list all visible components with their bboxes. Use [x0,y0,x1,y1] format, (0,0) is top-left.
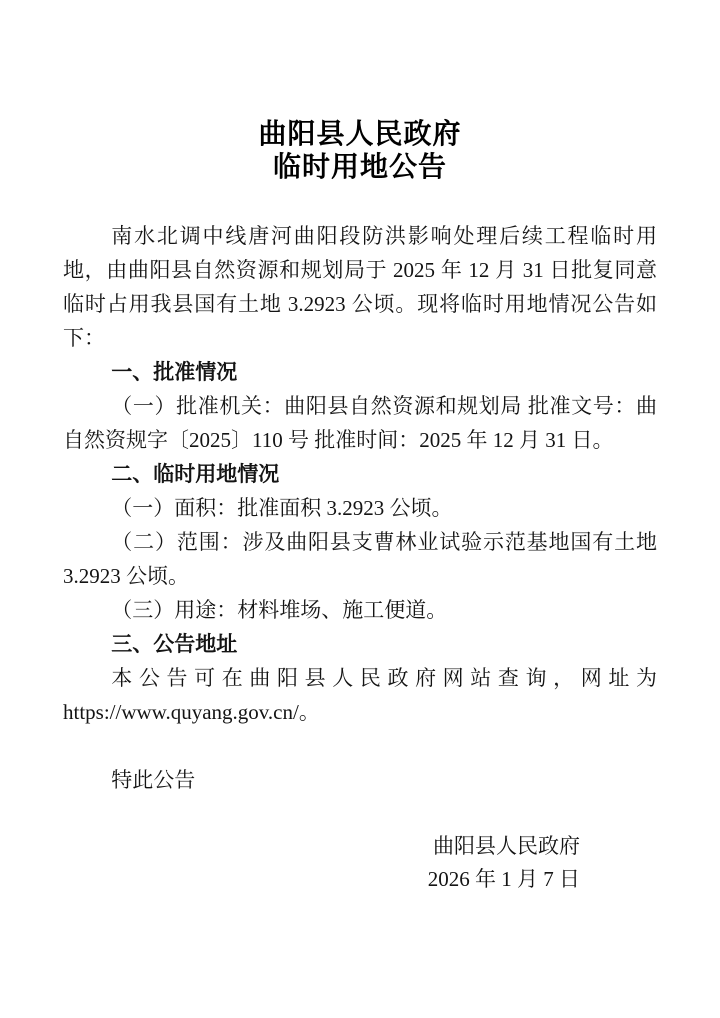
document-title: 曲阳县人民政府 临时用地公告 [63,117,657,183]
intro-paragraph: 南水北调中线唐河曲阳段防洪影响处理后续工程临时用地，由曲阳县自然资源和规划局于 … [63,219,657,355]
title-line-1: 曲阳县人民政府 [63,117,657,150]
section-2-item-usage: （三）用途：材料堆场、施工便道。 [63,593,657,627]
section-3-item-website: 本公告可在曲阳县人民政府网站查询，网址为 https://www.quyang.… [63,661,657,729]
signature-issuer: 曲阳县人民政府 [63,830,580,863]
section-2-item-scope: （二）范围：涉及曲阳县支曹林业试验示范基地国有土地 3.2923 公顷。 [63,525,657,593]
signature-date: 2026 年 1 月 7 日 [63,863,580,896]
document-body: 南水北调中线唐河曲阳段防洪影响处理后续工程临时用地，由曲阳县自然资源和规划局于 … [63,219,657,896]
section-1-item-approval: （一）批准机关：曲阳县自然资源和规划局 批准文号：曲自然资规字〔2025〕110… [63,389,657,457]
signature-block: 曲阳县人民政府 2026 年 1 月 7 日 [63,830,657,896]
document-page: 曲阳县人民政府 临时用地公告 南水北调中线唐河曲阳段防洪影响处理后续工程临时用地… [0,0,720,1018]
title-line-2: 临时用地公告 [63,150,657,183]
section-1-heading: 一、批准情况 [63,355,657,389]
section-2-item-area: （一）面积：批准面积 3.2923 公顷。 [63,491,657,525]
closing-statement: 特此公告 [63,763,657,797]
section-2-heading: 二、临时用地情况 [63,457,657,491]
section-3-heading: 三、公告地址 [63,627,657,661]
